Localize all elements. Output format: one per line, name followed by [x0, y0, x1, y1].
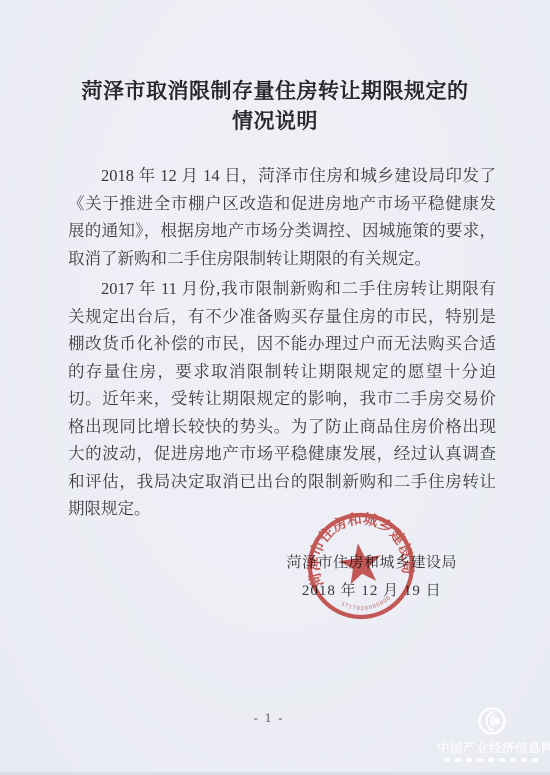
official-seal-stamp-icon: 菏泽市住房和城乡建设局 3717020000008 — [288, 493, 435, 640]
scanned-document-page: 菏泽市取消限制存量住房转让期限规定的 情况说明 2018 年 12 月 14 日… — [0, 0, 550, 775]
document-title-line2: 情况说明 — [48, 106, 502, 136]
paragraph-1: 2018 年 12 月 14 日，菏泽市住房和城乡建设局印发了《关于推进全市棚户… — [68, 162, 496, 272]
document-title-line1: 菏泽市取消限制存量住房转让期限规定的 — [48, 76, 502, 106]
seal-star-icon — [337, 540, 384, 585]
document-title: 菏泽市取消限制存量住房转让期限规定的 情况说明 — [48, 76, 502, 136]
paragraph-2: 2017 年 11 月份,我市限制新购和二手住房转让期限有关规定出台后，有不少准… — [68, 275, 496, 523]
document-body: 2018 年 12 月 14 日，菏泽市住房和城乡建设局印发了《关于推进全市棚户… — [0, 162, 550, 523]
watermark-site-name: 中国产业经济信息网 — [437, 741, 547, 755]
page-number: - 1 - — [0, 711, 544, 726]
watermark-subtext-row — [444, 758, 540, 762]
